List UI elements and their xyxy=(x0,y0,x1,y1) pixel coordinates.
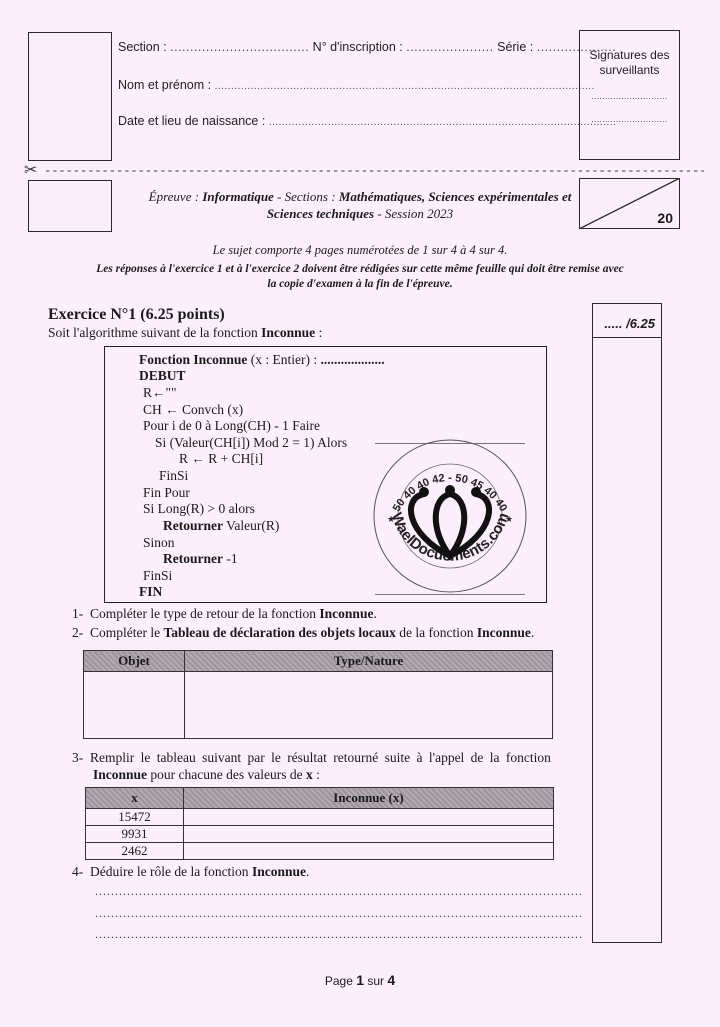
algo-line-15: FIN xyxy=(139,584,162,600)
q3-bold-2: x xyxy=(306,767,313,782)
section-label: Section : xyxy=(118,40,167,54)
photo-box-bottom xyxy=(28,180,112,232)
algo-line-10: Si Long(R) > 0 alors xyxy=(143,501,255,517)
notice-line-3: la copie d'examen à la fin de l'épreuve. xyxy=(30,276,690,292)
algo-line-3: R←"" xyxy=(143,385,177,401)
watermark-stamp: 50 40 40 42 - 50 45 40 40 WaelDocuements… xyxy=(372,438,528,594)
nom-field[interactable]: ........................................… xyxy=(215,81,595,92)
intro-function-name: Inconnue xyxy=(261,325,315,340)
naissance-field[interactable]: ........................................… xyxy=(269,117,617,128)
annotation-line-bottom xyxy=(375,594,525,595)
signature-field-2[interactable]: ............................ xyxy=(580,115,679,124)
algo-line-4: CH ← Convch (x) xyxy=(143,402,243,418)
results-value-cell[interactable] xyxy=(184,809,554,826)
results-value-cell[interactable] xyxy=(184,843,554,860)
q3-end: : xyxy=(313,767,320,782)
retourner-value: Valeur(R) xyxy=(223,518,279,533)
return-type-field[interactable]: ................... xyxy=(321,352,385,367)
algo-line-1: Fonction Inconnue (x : Entier) : .......… xyxy=(139,352,385,368)
photo-box-top xyxy=(28,32,112,161)
algo-line-7: R ← R + CH[i] xyxy=(179,451,263,467)
exam-session: - Session 2023 xyxy=(377,206,453,221)
algo-line-14: FinSi xyxy=(143,568,172,584)
table-row: 15472 xyxy=(86,809,554,826)
results-x-cell: 15472 xyxy=(86,809,184,826)
q2-text-2: de la fonction xyxy=(396,625,477,640)
objects-cell-objet[interactable] xyxy=(84,672,185,739)
algo-params: (x : Entier) : xyxy=(247,352,320,367)
algo-signature: Fonction Inconnue xyxy=(139,352,247,367)
retourner-kw: Retourner xyxy=(163,518,223,533)
table-row: 2462 xyxy=(86,843,554,860)
star-icon-left: ★ xyxy=(387,514,395,524)
table-row: 9931 xyxy=(86,826,554,843)
naissance-label: Date et lieu de naissance : xyxy=(118,114,265,128)
q1-number: 1- xyxy=(72,606,83,621)
algo-line-11: Retourner Valeur(R) xyxy=(163,518,279,534)
section-line: Section : ..............................… xyxy=(118,40,616,54)
notice-line-2: Les réponses à l'exercice 1 et à l'exerc… xyxy=(30,261,690,277)
exercise-intro: Soit l'algorithme suivant de la fonction… xyxy=(48,325,322,341)
naissance-line: Date et lieu de naissance : ............… xyxy=(118,114,616,128)
star-icon-right: ★ xyxy=(505,514,513,524)
exercise-score-column: ..... /6.25 xyxy=(592,303,662,943)
results-x-cell: 9931 xyxy=(86,826,184,843)
epreuve-label: Épreuve : xyxy=(149,189,199,204)
retourner-kw-2: Retourner xyxy=(163,551,223,566)
question-1: 1- Compléter le type de retour de la fon… xyxy=(72,606,377,622)
q4-text: Déduire le rôle de la fonction xyxy=(90,864,252,879)
algo-line-12: Sinon xyxy=(143,535,175,551)
algo-line-2: DEBUT xyxy=(139,368,186,384)
q4-bold: Inconnue xyxy=(252,864,306,879)
objects-header-type: Type/Nature xyxy=(185,651,553,672)
exercise-title: Exercice N°1 (6.25 points) xyxy=(48,306,225,324)
q2-number: 2- xyxy=(72,625,83,640)
objects-table: Objet Type/Nature xyxy=(83,650,553,739)
signatures-title: Signatures des surveillants xyxy=(580,48,679,78)
serie-label: Série : xyxy=(497,40,533,54)
algo-line-5: Pour i de 0 à Long(CH) - 1 Faire xyxy=(143,418,320,434)
page-prefix: Page xyxy=(325,974,356,988)
notice-line-1: Le sujet comporte 4 pages numérotées de … xyxy=(30,242,690,258)
q3-text: Remplir le tableau suivant par le résult… xyxy=(90,750,551,765)
exercise-score-text: ..... /6.25 xyxy=(604,316,655,331)
question-3-cont: Inconnue pour chacune des valeurs de x : xyxy=(93,767,320,783)
question-3: 3- Remplir le tableau suivant par le rés… xyxy=(72,750,551,766)
q2-text: Compléter le xyxy=(90,625,163,640)
answer-line-2[interactable]: ........................................… xyxy=(95,906,583,921)
algo-line-8: FinSi xyxy=(159,468,188,484)
inscription-field[interactable]: ...................... xyxy=(406,40,493,54)
nom-label: Nom et prénom : xyxy=(118,78,211,92)
scissors-icon: ✂ xyxy=(24,160,37,179)
page-total: 4 xyxy=(387,972,395,988)
sections-label: - Sections : xyxy=(277,189,335,204)
exam-subject: Informatique xyxy=(202,189,274,204)
algo-line-6: Si (Valeur(CH[i]) Mod 2 = 1) Alors xyxy=(155,435,347,451)
results-table: x Inconnue (x) 15472 9931 2462 xyxy=(85,787,554,860)
objects-header-objet: Objet xyxy=(84,651,185,672)
inscription-label: N° d'inscription : xyxy=(313,40,403,54)
results-header-inconnue: Inconnue (x) xyxy=(184,788,554,809)
cut-line: ----------------------------------------… xyxy=(44,164,704,178)
q1-bold: Inconnue xyxy=(319,606,373,621)
page-number: Page 1 sur 4 xyxy=(0,972,720,988)
results-value-cell[interactable] xyxy=(184,826,554,843)
algo-line-9: Fin Pour xyxy=(143,485,190,501)
score-total: 20 xyxy=(657,210,673,226)
page-current: 1 xyxy=(356,972,364,988)
q2-bold: Tableau de déclaration des objets locaux xyxy=(163,625,395,640)
exam-title: Épreuve : Informatique - Sections : Math… xyxy=(140,188,580,222)
intro-text: Soit l'algorithme suivant de la fonction xyxy=(48,325,261,340)
q4-number: 4- xyxy=(72,864,83,879)
objects-cell-type[interactable] xyxy=(185,672,553,739)
question-4: 4- Déduire le rôle de la fonction Inconn… xyxy=(72,864,309,880)
score-box: 20 xyxy=(579,178,680,229)
signatures-box: Signatures des surveillants ............… xyxy=(579,30,680,160)
intro-suffix: : xyxy=(315,325,322,340)
results-header-x: x xyxy=(86,788,184,809)
results-x-cell: 2462 xyxy=(86,843,184,860)
retourner-value-2: -1 xyxy=(223,551,238,566)
q3-bold: Inconnue xyxy=(93,767,147,782)
page-mid: sur xyxy=(364,974,387,988)
q3-number: 3- xyxy=(72,750,83,765)
exercise-score[interactable]: ..... /6.25 xyxy=(593,316,661,338)
q3-text-2: pour chacune des valeurs de xyxy=(147,767,306,782)
question-2: 2- Compléter le Tableau de déclaration d… xyxy=(72,625,534,641)
q2-bold-2: Inconnue xyxy=(477,625,531,640)
section-field[interactable]: ................................... xyxy=(170,40,309,54)
signature-field-1[interactable]: ............................ xyxy=(580,92,679,101)
answer-line-1[interactable]: ........................................… xyxy=(95,884,583,899)
nom-line: Nom et prénom : ........................… xyxy=(118,78,595,92)
answer-line-3[interactable]: ........................................… xyxy=(95,927,583,942)
algo-line-13: Retourner -1 xyxy=(163,551,238,567)
q1-text: Compléter le type de retour de la foncti… xyxy=(90,606,319,621)
